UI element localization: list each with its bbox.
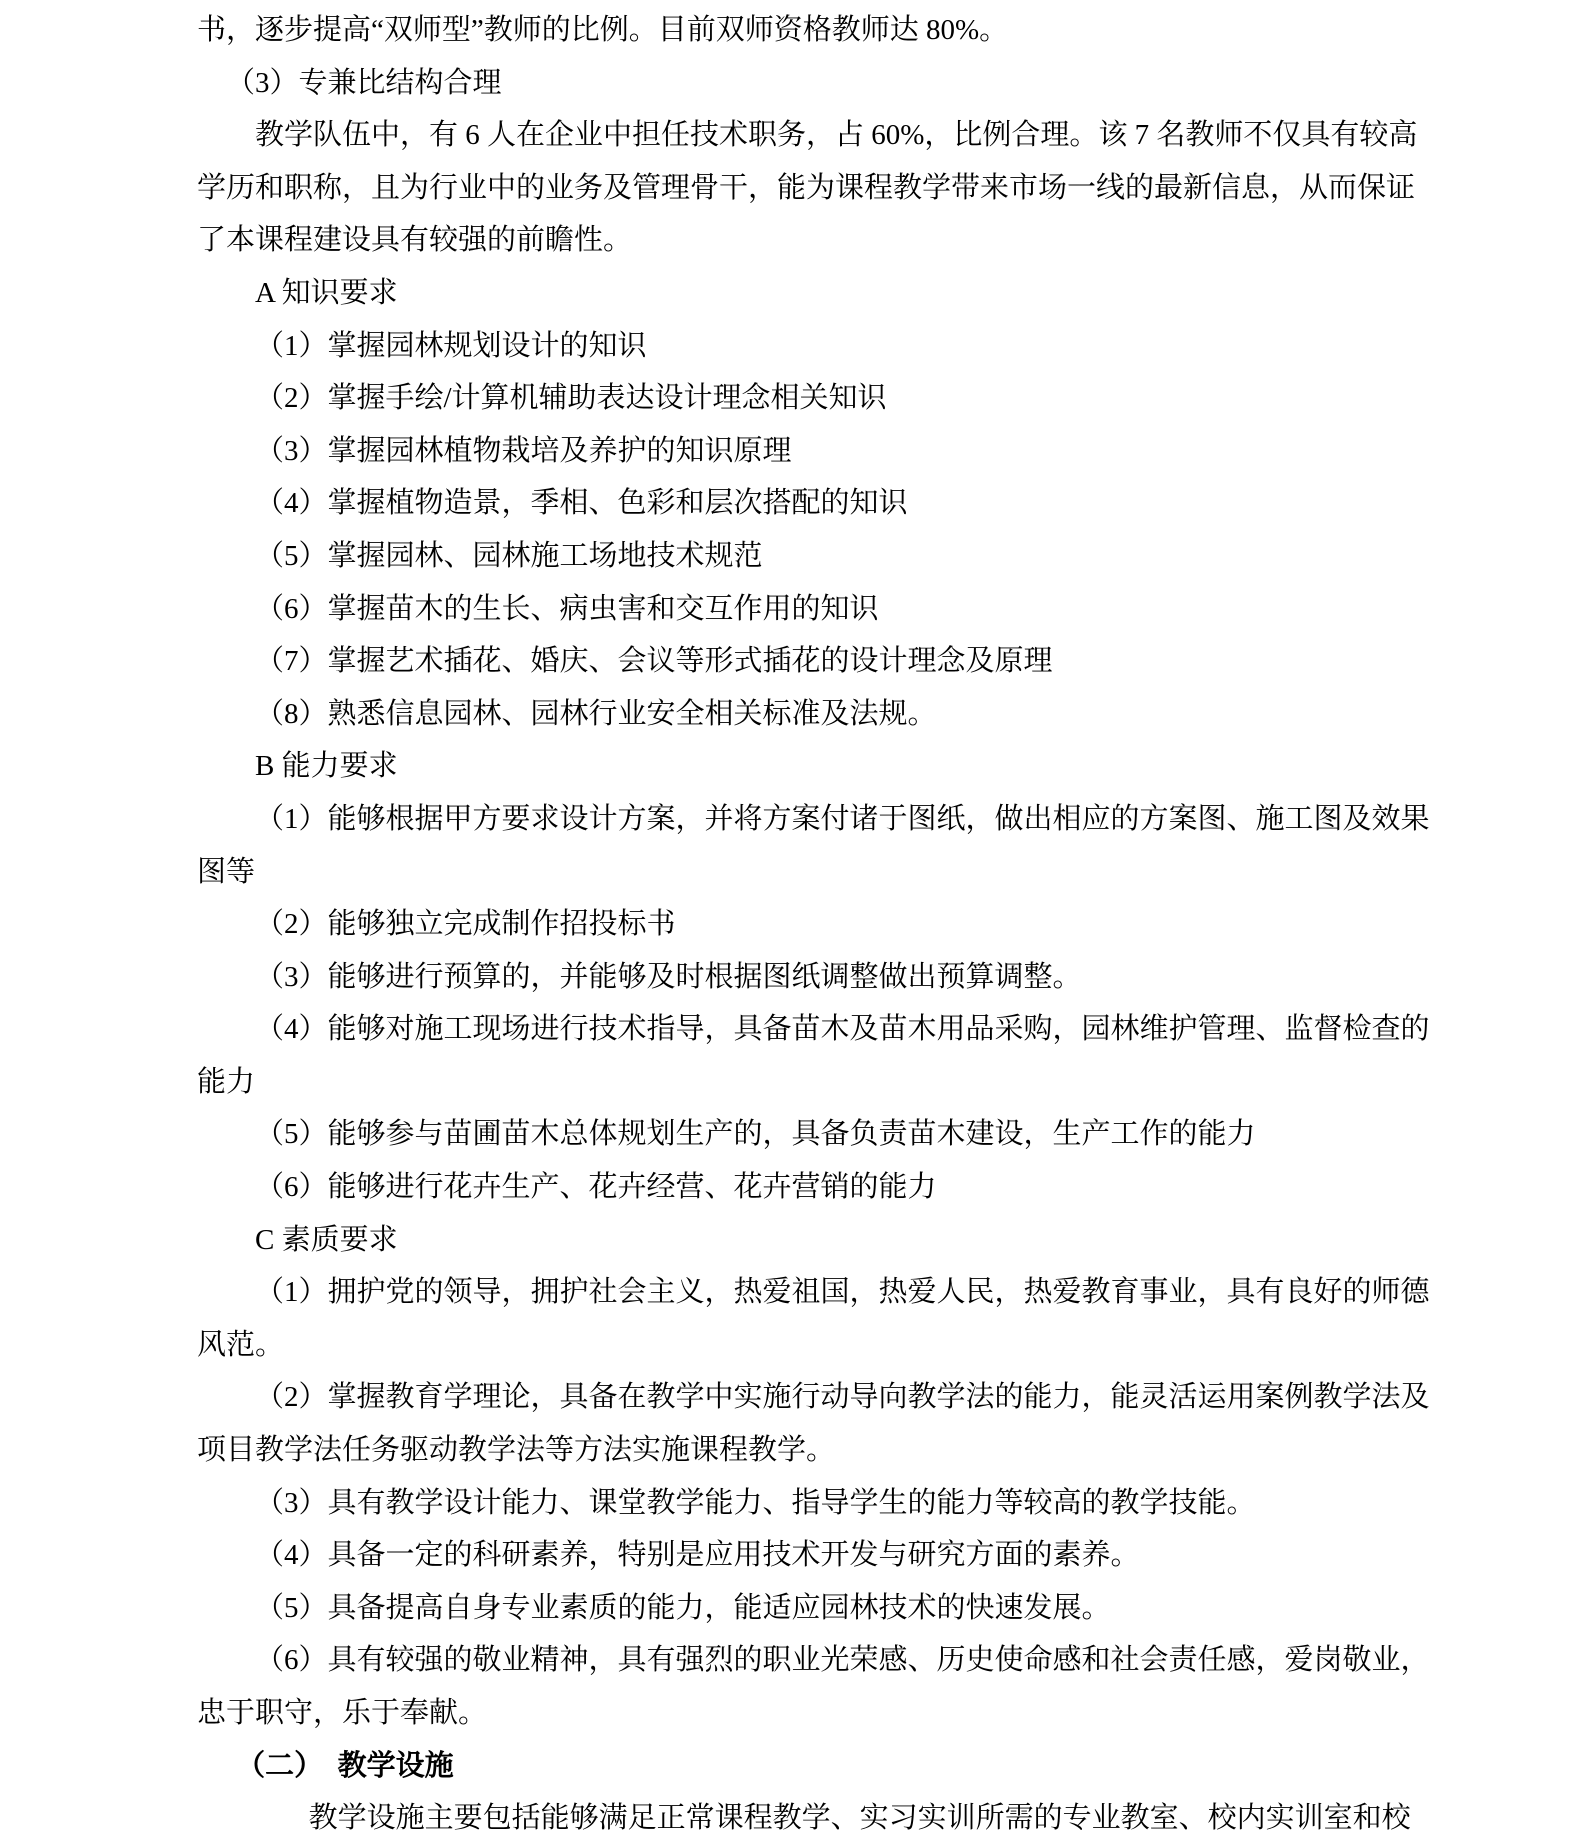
document-page: 书，逐步提高“双师型”教师的比例。目前双师资格教师达 80%。（3）专兼比结构合… (0, 0, 1587, 1837)
list-item: （1）能够根据甲方要求设计方案，并将方案付诸于图纸，做出相应的方案图、施工图及效… (197, 793, 1435, 898)
document-line: 书，逐步提高“双师型”教师的比例。目前双师资格教师达 80%。 (197, 4, 1435, 57)
numbered-subheading: （3）专兼比结构合理 (197, 57, 1435, 110)
document-line: C 素质要求 (197, 1214, 1435, 1267)
list-item: （4）能够对施工现场进行技术指导，具备苗木及苗木用品采购，园林维护管理、监督检查… (197, 1003, 1435, 1108)
list-item: （1）拥护党的领导，拥护社会主义，热爱祖国，热爱人民，热爱教育事业，具有良好的师… (197, 1266, 1435, 1371)
document-line: （二） 教学设施 (197, 1740, 1435, 1793)
document-line: （3）能够进行预算的，并能够及时根据图纸调整做出预算调整。 (197, 951, 1435, 1004)
document-line: （3）具有教学设计能力、课堂教学能力、指导学生的能力等较高的教学技能。 (197, 1477, 1435, 1530)
document-line: （5）掌握园林、园林施工场地技术规范 (197, 530, 1435, 583)
document-line: （2）能够独立完成制作招投标书 (197, 898, 1435, 951)
document-line: 忠于职守，乐于奉献。 (197, 1687, 1435, 1740)
list-item: （5）具备提高自身专业素质的能力，能适应园林技术的快速发展。 (197, 1582, 1435, 1635)
document-line: （5）具备提高自身专业素质的能力，能适应园林技术的快速发展。 (197, 1582, 1435, 1635)
continuation: 书，逐步提高“双师型”教师的比例。目前双师资格教师达 80%。 (197, 4, 1435, 57)
document-line: （4）掌握植物造景，季相、色彩和层次搭配的知识 (197, 477, 1435, 530)
list-item: （3）能够进行预算的，并能够及时根据图纸调整做出预算调整。 (197, 951, 1435, 1004)
list-item: （3）具有教学设计能力、课堂教学能力、指导学生的能力等较高的教学技能。 (197, 1477, 1435, 1530)
document-line: （4）具备一定的科研素养，特别是应用技术开发与研究方面的素养。 (197, 1529, 1435, 1582)
list-item: （2）能够独立完成制作招投标书 (197, 898, 1435, 951)
list-item: （3）掌握园林植物栽培及养护的知识原理 (197, 425, 1435, 478)
document-line: （1）拥护党的领导，拥护社会主义，热爱祖国，热爱人民，热爱教育事业，具有良好的师… (197, 1266, 1435, 1319)
document-line: （5）能够参与苗圃苗木总体规划生产的，具备负责苗木建设，生产工作的能力 (197, 1108, 1435, 1161)
document-line: （8）熟悉信息园林、园林行业安全相关标准及法规。 (197, 688, 1435, 741)
document-content: 书，逐步提高“双师型”教师的比例。目前双师资格教师达 80%。（3）专兼比结构合… (197, 4, 1435, 1837)
list-item: （2）掌握手绘/计算机辅助表达设计理念相关知识 (197, 372, 1435, 425)
letter-heading: B 能力要求 (197, 740, 1435, 793)
document-line: A 知识要求 (197, 267, 1435, 320)
list-item: （6）能够进行花卉生产、花卉经营、花卉营销的能力 (197, 1161, 1435, 1214)
document-line: （3）专兼比结构合理 (197, 57, 1435, 110)
body-paragraph: 教学队伍中，有 6 人在企业中担任技术职务，占 60%，比例合理。该 7 名教师… (197, 109, 1435, 267)
letter-heading: C 素质要求 (197, 1214, 1435, 1267)
list-item: （5）掌握园林、园林施工场地技术规范 (197, 530, 1435, 583)
letter-heading: A 知识要求 (197, 267, 1435, 320)
list-item: （4）具备一定的科研素养，特别是应用技术开发与研究方面的素养。 (197, 1529, 1435, 1582)
list-item: （8）熟悉信息园林、园林行业安全相关标准及法规。 (197, 688, 1435, 741)
list-item: （6）具有较强的敬业精神，具有强烈的职业光荣感、历史使命感和社会责任感，爱岗敬业… (197, 1634, 1435, 1739)
document-line: 教学设施主要包括能够满足正常课程教学、实习实训所需的专业教室、校内实训室和校 (197, 1792, 1435, 1837)
deep-indent-paragraph: 教学设施主要包括能够满足正常课程教学、实习实训所需的专业教室、校内实训室和校 (197, 1792, 1435, 1837)
list-item: （7）掌握艺术插花、婚庆、会议等形式插花的设计理念及原理 (197, 635, 1435, 688)
list-item: （4）掌握植物造景，季相、色彩和层次搭配的知识 (197, 477, 1435, 530)
document-line: （4）能够对施工现场进行技术指导，具备苗木及苗木用品采购，园林维护管理、监督检查… (197, 1003, 1435, 1056)
document-line: （1）能够根据甲方要求设计方案，并将方案付诸于图纸，做出相应的方案图、施工图及效… (197, 793, 1435, 846)
document-line: 项目教学法任务驱动教学法等方法实施课程教学。 (197, 1424, 1435, 1477)
document-line: 能力 (197, 1056, 1435, 1109)
list-item: （6）掌握苗木的生长、病虫害和交互作用的知识 (197, 583, 1435, 636)
document-line: （2）掌握教育学理论，具备在教学中实施行动导向教学法的能力，能灵活运用案例教学法… (197, 1371, 1435, 1424)
list-item: （2）掌握教育学理论，具备在教学中实施行动导向教学法的能力，能灵活运用案例教学法… (197, 1371, 1435, 1476)
document-line: （6）能够进行花卉生产、花卉经营、花卉营销的能力 (197, 1161, 1435, 1214)
document-line: （7）掌握艺术插花、婚庆、会议等形式插花的设计理念及原理 (197, 635, 1435, 688)
document-line: B 能力要求 (197, 740, 1435, 793)
document-line: 学历和职称，且为行业中的业务及管理骨干，能为课程教学带来市场一线的最新信息，从而… (197, 162, 1435, 215)
document-line: （2）掌握手绘/计算机辅助表达设计理念相关知识 (197, 372, 1435, 425)
section-heading: （二） 教学设施 (197, 1740, 1435, 1793)
list-item: （5）能够参与苗圃苗木总体规划生产的，具备负责苗木建设，生产工作的能力 (197, 1108, 1435, 1161)
document-line: 教学队伍中，有 6 人在企业中担任技术职务，占 60%，比例合理。该 7 名教师… (197, 109, 1435, 162)
document-line: 了本课程建设具有较强的前瞻性。 (197, 214, 1435, 267)
list-item: （1）掌握园林规划设计的知识 (197, 320, 1435, 373)
document-line: （6）掌握苗木的生长、病虫害和交互作用的知识 (197, 583, 1435, 636)
document-line: （1）掌握园林规划设计的知识 (197, 320, 1435, 373)
document-line: 图等 (197, 846, 1435, 899)
document-line: 风范。 (197, 1319, 1435, 1372)
document-line: （6）具有较强的敬业精神，具有强烈的职业光荣感、历史使命感和社会责任感，爱岗敬业… (197, 1634, 1435, 1687)
document-line: （3）掌握园林植物栽培及养护的知识原理 (197, 425, 1435, 478)
